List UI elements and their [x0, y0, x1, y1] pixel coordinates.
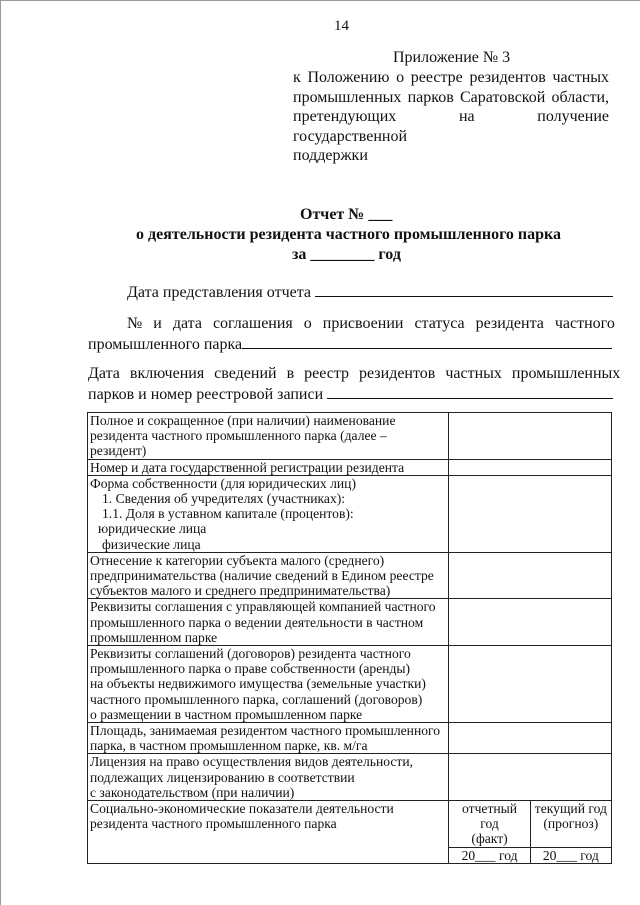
cell-line: промышленного парка о ведении деятельнос… [90, 615, 446, 630]
appendix-title: Приложение № 3 [393, 49, 510, 67]
agreement-label-2: промышленного парка [88, 336, 242, 353]
cell-line: юридические лица [90, 521, 446, 536]
registry-label-2: парков и номер реестровой записи [88, 386, 323, 403]
cell-line: промышленного парка о праве собственност… [90, 661, 446, 676]
appendix-line: промышленных парков Саратовской области, [293, 88, 609, 108]
row-label: Лицензия на право осуществления видов де… [88, 754, 449, 801]
agreement-line1: № и дата соглашения о присвоении статуса… [127, 315, 610, 333]
appendix-line: претендующих на получение государственно… [293, 107, 609, 146]
agreement-line2: промышленного парка [88, 334, 612, 354]
cell-line: (прогноз) [533, 816, 609, 831]
appendix-body: к Положению о реестре резидентов частных… [293, 68, 609, 166]
agreement-label-1: № и дата соглашения о присвоении статуса… [127, 315, 615, 333]
registry-line2: парков и номер реестровой записи [88, 384, 613, 404]
cell-line: отчетный год [451, 801, 527, 831]
cell-line: резидента частного промышленного парка (… [90, 428, 446, 458]
cell-line: парка, в частном промышленном парке, кв.… [90, 738, 446, 753]
cell-line: Лицензия на право осуществления видов де… [90, 754, 446, 769]
cell-line: Социально-экономические показатели деяте… [90, 801, 446, 816]
row-label: Площадь, занимаемая резидентом частного … [88, 723, 449, 754]
table-row: Отнесение к категории субъекта малого (с… [88, 552, 612, 599]
table-row: Форма собственности (для юридических лиц… [88, 475, 612, 552]
row-value-cell[interactable] [449, 475, 612, 552]
report-title: Отчет № ___ [300, 206, 392, 224]
row-value-cell[interactable] [449, 459, 612, 475]
submission-date-field: Дата представления отчета [127, 282, 613, 302]
agreement-blank[interactable] [242, 334, 612, 349]
cell-line: Реквизиты соглашений (договоров) резиден… [90, 646, 446, 661]
row-value-cell[interactable] [449, 599, 612, 646]
row-label: Форма собственности (для юридических лиц… [88, 475, 449, 552]
table-row: Полное и сокращенное (при наличии) наиме… [88, 413, 612, 460]
row-value-cell[interactable] [449, 723, 612, 754]
cell-line: частного промышленного парка, соглашений… [90, 692, 446, 707]
row-label: Реквизиты соглашений (договоров) резиден… [88, 646, 449, 723]
report-period: за ________ год [292, 246, 401, 264]
registry-line1: Дата включения сведений в реестр резиден… [88, 365, 611, 383]
table-row-indicators: Социально-экономические показатели деяте… [88, 801, 612, 848]
row-label: Реквизиты соглашения с управляющей компа… [88, 599, 449, 646]
cell-line: с законодательством (при наличии) [90, 785, 446, 800]
cell-line: (факт) [451, 831, 527, 846]
registry-blank[interactable] [327, 384, 613, 399]
current-year-cell[interactable]: 20___ год [530, 847, 611, 863]
reporting-year-cell[interactable]: 20___ год [449, 847, 530, 863]
cell-line: на объекты недвижимого имущества (земель… [90, 676, 446, 691]
row-label: Номер и дата государственной регистрации… [88, 459, 449, 475]
table-row: Номер и дата государственной регистрации… [88, 459, 612, 475]
cell-line: Отнесение к категории субъекта малого (с… [90, 553, 446, 568]
submission-date-label: Дата представления отчета [127, 284, 311, 301]
cell-line: Полное и сокращенное (при наличии) наиме… [90, 413, 446, 428]
row-label: Отнесение к категории субъекта малого (с… [88, 552, 449, 599]
row-value-cell[interactable] [449, 552, 612, 599]
cell-line: подлежащих лицензированию в соответствии [90, 770, 446, 785]
indicators-label: Социально-экономические показатели деяте… [88, 801, 449, 864]
cell-line: текущий год [533, 801, 609, 816]
report-subtitle: о деятельности резидента частного промыш… [136, 226, 561, 244]
cell-line: Номер и дата государственной регистрации… [90, 460, 446, 475]
cell-line: о размещении в частном промышленном парк… [90, 707, 446, 722]
table-row: Реквизиты соглашения с управляющей компа… [88, 599, 612, 646]
report-table: Полное и сокращенное (при наличии) наиме… [87, 412, 612, 864]
cell-line: промышленном парке [90, 630, 446, 645]
cell-line: физические лица [90, 537, 446, 552]
current-year-header: текущий год (прогноз) [530, 801, 611, 848]
row-value-cell[interactable] [449, 413, 612, 460]
submission-date-blank[interactable] [315, 282, 613, 297]
cell-line: Площадь, занимаемая резидентом частного … [90, 723, 446, 738]
cell-line: субъектов малого и среднего предпринимат… [90, 583, 446, 598]
cell-line: резидента частного промышленного парка [90, 816, 446, 831]
row-value-cell[interactable] [449, 754, 612, 801]
row-value-cell[interactable] [449, 646, 612, 723]
cell-line: Реквизиты соглашения с управляющей компа… [90, 599, 446, 614]
cell-line: 1.1. Доля в уставном капитале (процентов… [90, 506, 446, 521]
page-number: 14 [334, 18, 349, 35]
cell-line: Форма собственности (для юридических лиц… [90, 476, 446, 491]
appendix-line: поддержки [293, 146, 609, 166]
cell-line: 1. Сведения об учредителях (участниках): [90, 491, 446, 506]
table-row: Площадь, занимаемая резидентом частного … [88, 723, 612, 754]
reporting-year-header: отчетный год (факт) [449, 801, 530, 848]
cell-line: предпринимательства (наличие сведений в … [90, 568, 446, 583]
table-row: Реквизиты соглашений (договоров) резиден… [88, 646, 612, 723]
appendix-line: к Положению о реестре резидентов частных [293, 68, 609, 88]
row-label: Полное и сокращенное (при наличии) наиме… [88, 413, 449, 460]
table-row: Лицензия на право осуществления видов де… [88, 754, 612, 801]
